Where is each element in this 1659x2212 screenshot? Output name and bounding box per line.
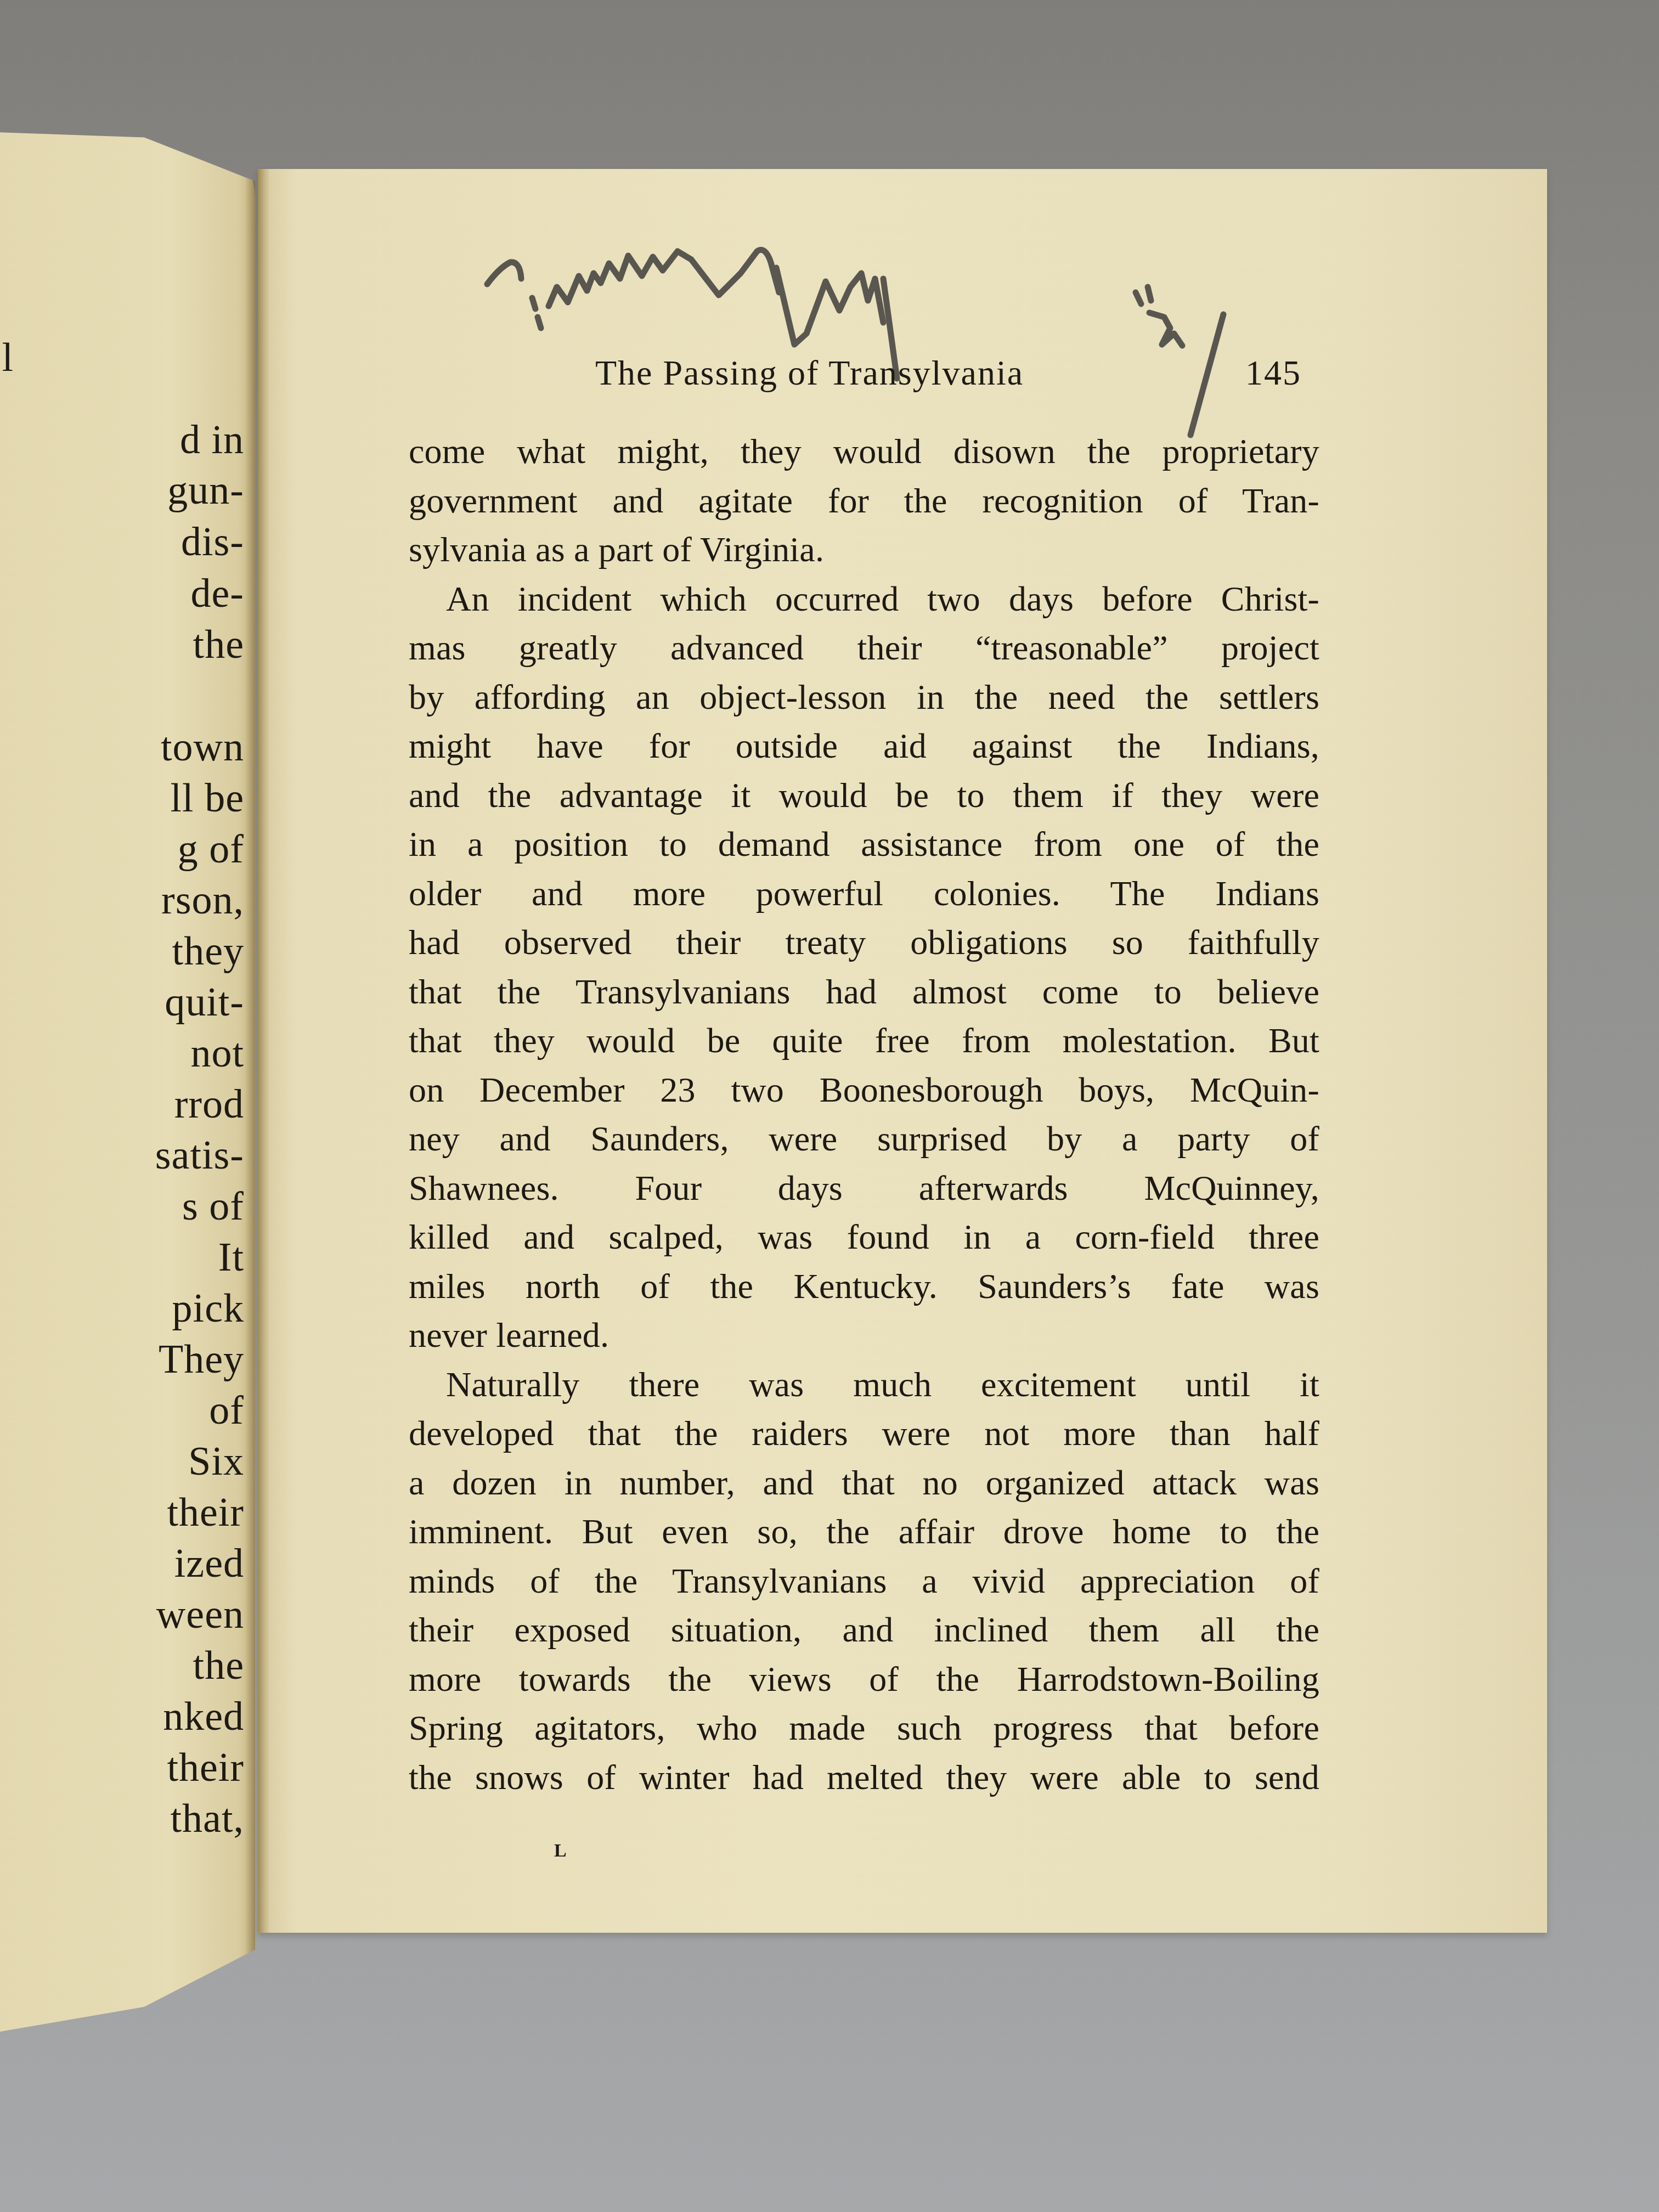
page-number: 145 bbox=[1245, 353, 1301, 393]
left-page-line-fragment: ized bbox=[174, 1541, 244, 1587]
text-line: in a position to demand assistance from … bbox=[409, 820, 1319, 869]
left-page: l d in gun- dis- de- the town ll be g of… bbox=[0, 132, 255, 2035]
text-line: had observed their treaty obligations so… bbox=[409, 918, 1319, 967]
left-page-line-fragment: gun- bbox=[167, 467, 244, 514]
running-head: The Passing of Transylvania bbox=[595, 353, 1024, 393]
paragraph-start-line: An incident which occurred two days befo… bbox=[409, 574, 1319, 624]
text-line: the snows of winter had melted they were… bbox=[409, 1753, 1319, 1802]
left-page-line-fragment: quit- bbox=[165, 979, 244, 1026]
text-line: minds of the Transylvanians a vivid appr… bbox=[409, 1556, 1319, 1606]
left-page-line-fragment: l bbox=[2, 335, 14, 381]
text-line: their exposed situation, and inclined th… bbox=[409, 1605, 1319, 1655]
text-line: that they would be quite free from moles… bbox=[409, 1016, 1319, 1065]
left-page-line-fragment: their bbox=[167, 1745, 244, 1791]
left-page-line-fragment: their bbox=[167, 1489, 244, 1536]
text-line: on December 23 two Boonesborough boys, M… bbox=[409, 1065, 1319, 1115]
left-page-line-fragment: they bbox=[172, 928, 244, 975]
left-page-line-fragment: Six bbox=[188, 1438, 244, 1485]
left-page-line-fragment: not bbox=[190, 1030, 244, 1077]
text-line: come what might, they would disown the p… bbox=[409, 427, 1319, 476]
left-page-line-fragment: that, bbox=[171, 1796, 244, 1842]
body-text: come what might, they would disown the p… bbox=[409, 427, 1319, 1802]
left-page-line-fragment: They bbox=[159, 1336, 244, 1383]
text-line: miles north of the Kentucky. Saunders’s … bbox=[409, 1262, 1319, 1311]
printer-signature-mark: L bbox=[554, 1841, 567, 1861]
text-line: killed and scalped, was found in a corn-… bbox=[409, 1212, 1319, 1262]
left-page-line-fragment: of bbox=[209, 1387, 244, 1434]
text-line: and the advantage it would be to them if… bbox=[409, 771, 1319, 820]
text-line: Spring agitators, who made such progress… bbox=[409, 1703, 1319, 1753]
text-line: government and agitate for the recogniti… bbox=[409, 476, 1319, 526]
text-line: that the Transylvanians had almost come … bbox=[409, 967, 1319, 1017]
left-page-line-fragment: It bbox=[218, 1234, 244, 1281]
left-page-line-fragment: the bbox=[193, 622, 244, 668]
text-line: mas greatly advanced their “treasonable”… bbox=[409, 623, 1319, 673]
left-page-line-fragment: rson, bbox=[161, 877, 244, 924]
left-page-line-fragment: d in bbox=[180, 417, 244, 464]
text-line: imminent. But even so, the affair drove … bbox=[409, 1507, 1319, 1556]
text-line: ney and Saunders, were surprised by a pa… bbox=[409, 1114, 1319, 1164]
gutter-shadow bbox=[258, 169, 270, 1933]
text-line: by affording an object-lesson in the nee… bbox=[409, 673, 1319, 722]
left-page-line-fragment: town bbox=[161, 724, 244, 771]
left-page-line-fragment: rrod bbox=[174, 1081, 244, 1128]
left-page-line-fragment: g of bbox=[178, 826, 244, 873]
text-line: might have for outside aid against the I… bbox=[409, 721, 1319, 771]
text-line: more towards the views of the Harrodstow… bbox=[409, 1655, 1319, 1704]
left-page-line-fragment: ween bbox=[156, 1592, 244, 1638]
text-line: older and more powerful colonies. The In… bbox=[409, 869, 1319, 918]
left-page-line-fragment: pick bbox=[172, 1285, 244, 1332]
text-line: developed that the raiders were not more… bbox=[409, 1409, 1319, 1458]
text-line: Shawnees. Four days afterwards McQuinney… bbox=[409, 1164, 1319, 1213]
left-page-line-fragment: ll be bbox=[171, 775, 244, 822]
text-line: a dozen in number, and that no organized… bbox=[409, 1458, 1319, 1508]
paragraph-start-line: Naturally there was much excitement unti… bbox=[409, 1360, 1319, 1409]
left-page-line-fragment: nked bbox=[163, 1694, 244, 1740]
left-page-line-fragment: dis- bbox=[181, 519, 244, 566]
left-page-line-fragment: de- bbox=[191, 571, 245, 617]
spine-shadow bbox=[245, 132, 255, 2035]
text-line: never learned. bbox=[409, 1311, 1319, 1360]
text-line: sylvania as a part of Virginia. bbox=[409, 525, 1319, 574]
left-page-line-fragment: satis- bbox=[155, 1132, 244, 1179]
left-page-line-fragment: s of bbox=[182, 1183, 244, 1230]
right-page: The Passing of Transylvania 145 come wha… bbox=[258, 169, 1547, 1933]
left-page-line-fragment: the bbox=[193, 1643, 244, 1689]
